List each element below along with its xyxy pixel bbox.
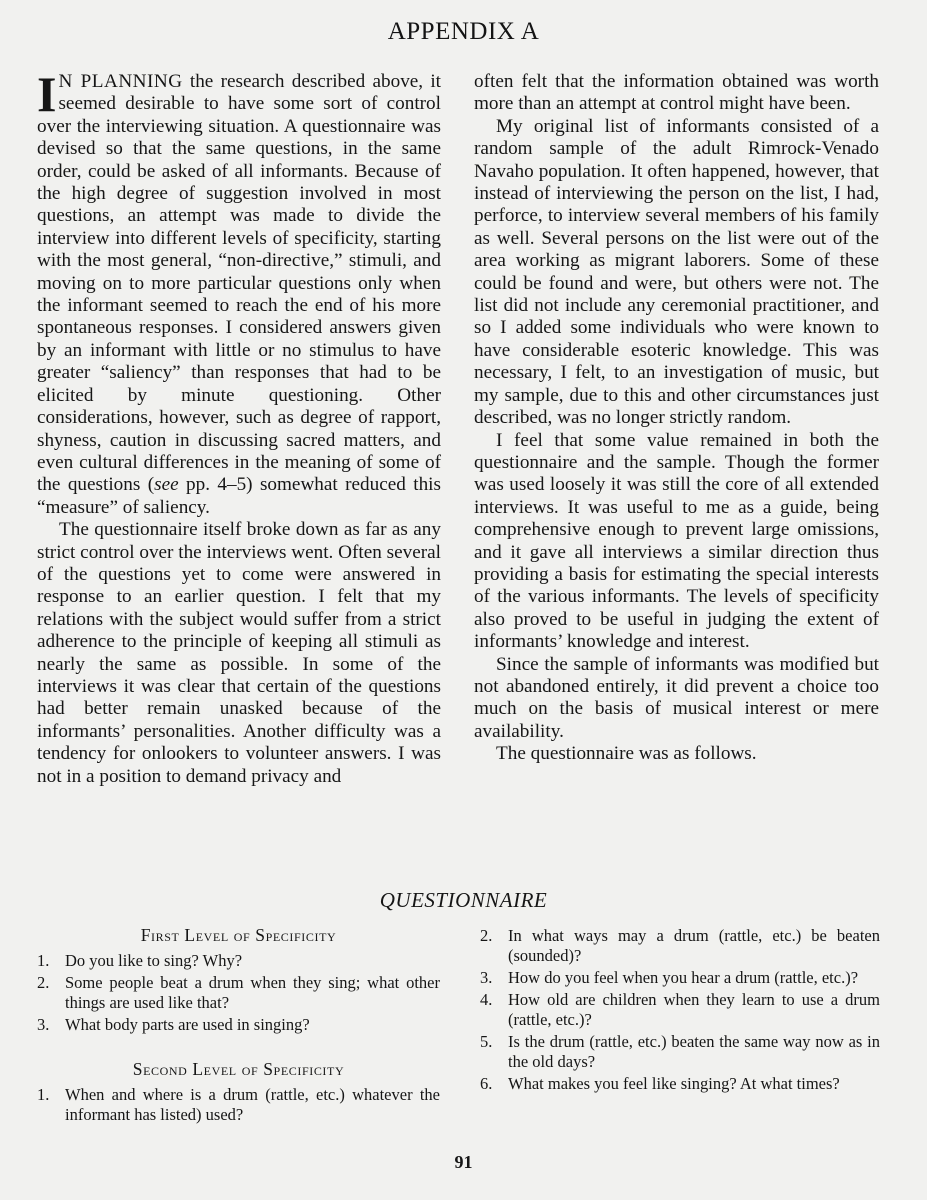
document-page: APPENDIX A IN PLANNING the research desc… — [0, 0, 927, 1200]
paragraph: I feel that some value remained in both … — [474, 430, 879, 654]
page-title: APPENDIX A — [0, 18, 927, 46]
drop-cap: I — [37, 74, 56, 114]
question-item: 4. How old are children when they learn … — [480, 990, 880, 1030]
question-item: 1. Do you like to sing? Why? — [37, 951, 440, 971]
body-column-right: often felt that the information obtained… — [474, 71, 879, 766]
paragraph-continued: often felt that the information obtained… — [474, 71, 879, 116]
question-item: 3. How do you feel when you hear a drum … — [480, 968, 880, 988]
questionnaire-column-left: First Level of Specificity 1. Do you lik… — [37, 925, 440, 1127]
body-column-left: IN PLANNING the research described above… — [37, 71, 441, 788]
paragraph: IN PLANNING the research described above… — [37, 71, 441, 519]
question-item: 6. What makes you feel like singing? At … — [480, 1074, 880, 1094]
question-item: 2. Some people beat a drum when they sin… — [37, 973, 440, 1013]
section-heading-second-level: Second Level of Specificity — [37, 1059, 440, 1079]
questionnaire-column-right: 2. In what ways may a drum (rattle, etc.… — [480, 926, 880, 1096]
lead-in-text: N PLANNING — [58, 71, 182, 92]
paragraph: My original list of informants consisted… — [474, 116, 879, 430]
paragraph: The questionnaire was as follows. — [474, 743, 879, 765]
question-item: 1. When and where is a drum (rattle, etc… — [37, 1085, 440, 1125]
question-item: 3. What body parts are used in singing? — [37, 1015, 440, 1035]
page-number: 91 — [0, 1152, 927, 1173]
question-item: 5. Is the drum (rattle, etc.) beaten the… — [480, 1032, 880, 1072]
paragraph: The questionnaire itself broke down as f… — [37, 519, 441, 788]
question-item: 2. In what ways may a drum (rattle, etc.… — [480, 926, 880, 966]
section-heading-first-level: First Level of Specificity — [37, 925, 440, 945]
paragraph: Since the sample of informants was modif… — [474, 654, 879, 744]
questionnaire-title: QUESTIONNAIRE — [0, 888, 927, 913]
